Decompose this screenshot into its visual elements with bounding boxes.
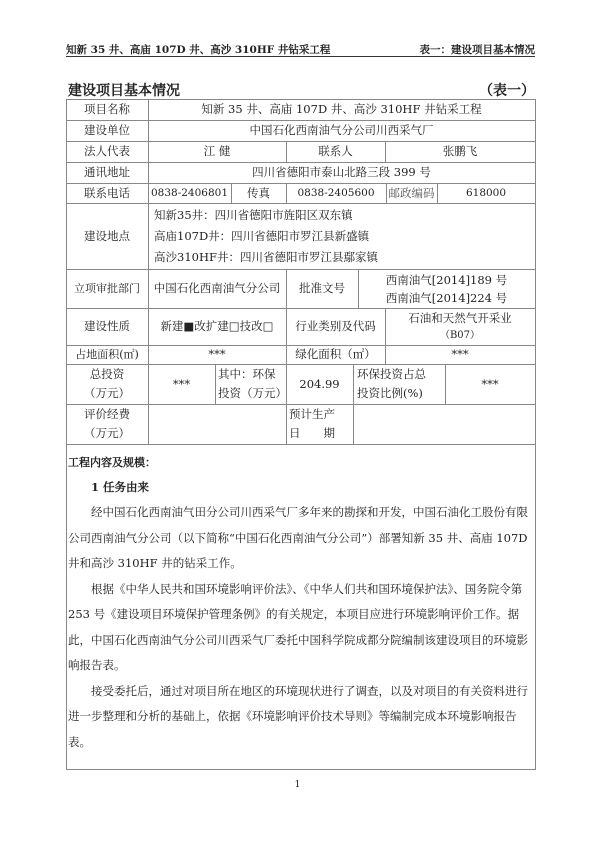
builder-label: 建设单位 [66, 120, 148, 141]
legal-rep-label: 法人代表 [66, 141, 148, 162]
prod-date-value [353, 404, 535, 444]
green-area-label: 绿化面积（㎡） [286, 345, 385, 364]
land-area-label: 占地面积(㎡) [66, 345, 148, 364]
content-section: 工程内容及规模： 1 任务由来 经中国石化西南油气田分公司川西采气厂多年来的勘探… [68, 450, 530, 755]
section-title: 建设项目基本情况 [68, 80, 180, 100]
section-tag: （表一） [479, 80, 535, 100]
content-paragraph: 根据《中华人民共和国环境影响评价法》、《中华人们共和国环境保护法》、国务院令第 … [68, 577, 530, 679]
page-number: 1 [0, 780, 595, 790]
label-line: 投资比例(%) [357, 384, 423, 403]
env-ratio-label: 环保投资占总 投资比例(%) [353, 364, 445, 404]
site-item: 高沙310HF井：四川省德阳市罗江县鄢家镇 [154, 247, 378, 268]
legal-rep-value: 江 健 [148, 141, 286, 162]
approval-no-item: 西南油气[2014]189 号 [386, 271, 507, 289]
table-border-bottom [66, 769, 536, 770]
industry-code: （B07） [440, 327, 480, 345]
total-invest-value: *** [148, 364, 215, 404]
postcode-label: 邮政编码 [386, 183, 437, 203]
header-project-title: 知新 35 井、高庙 107D 井、高沙 310HF 井钻采工程 [66, 42, 330, 57]
prod-date-label: 预计生产 日 期 [286, 404, 353, 444]
address-label: 通讯地址 [66, 162, 148, 183]
contact-label: 联系人 [286, 141, 385, 162]
page-header: 知新 35 井、高庙 107D 井、高沙 310HF 井钻采工程 表一：建设项目… [66, 40, 535, 57]
approval-dept-label: 立项审批部门 [66, 269, 148, 308]
label-line: 预计生产 [289, 405, 335, 424]
label-line: 环保投资占总 [357, 365, 426, 384]
site-list: 知新35井：四川省德阳市旌阳区双东镇 高庙107D井：四川省德阳市罗江县新盛镇 … [148, 203, 535, 269]
project-name-value: 知新 35 井、高庙 107D 井、高沙 310HF 井钻采工程 [148, 99, 535, 120]
industry-value: 石油和天然气开采业 （B07） [385, 308, 535, 345]
contact-value: 张鹏飞 [385, 141, 535, 162]
approval-no-item: 西南油气[2014]224 号 [386, 289, 507, 307]
fax-value: 0838-2405600 [286, 183, 386, 203]
label-line: 其中：环保 [218, 365, 276, 384]
env-invest-value: 204.99 [286, 364, 353, 404]
nature-value: 新建■改扩建□技改□ [148, 308, 286, 345]
industry-label: 行业类别及代码 [286, 308, 385, 345]
site-label: 建设地点 [66, 203, 148, 269]
site-item: 知新35井：四川省德阳市旌阳区双东镇 [154, 205, 353, 226]
approval-no-label: 批准文号 [286, 269, 358, 308]
approval-no-list: 西南油气[2014]189 号 西南油气[2014]224 号 [358, 269, 535, 308]
builder-value: 中国石化西南油气分公司川西采气厂 [148, 120, 535, 141]
content-paragraph: 经中国石化西南油气田分公司川西采气厂多年来的勘探和开发，中国石油化工股份有限公司… [68, 500, 530, 577]
phone-label: 联系电话 [66, 183, 148, 203]
label-line: （万元） [84, 384, 130, 403]
header-section-title: 表一：建设项目基本情况 [420, 42, 536, 57]
industry-name: 石油和天然气开采业 [408, 309, 512, 327]
nature-label: 建设性质 [66, 308, 148, 345]
total-invest-label: 总投资 （万元） [66, 364, 148, 404]
content-paragraph: 接受委托后，通过对项目所在地区的环境现状进行了调查，以及对项目的有关资料进行进一… [68, 679, 530, 756]
approval-dept-value: 中国石化西南油气分公司 [148, 269, 286, 308]
env-ratio-value: *** [445, 364, 535, 404]
content-heading: 工程内容及规模： [68, 450, 530, 475]
table-border-right [535, 99, 536, 770]
row-divider [66, 444, 536, 445]
land-area-value: *** [148, 345, 286, 364]
address-value: 四川省德阳市泰山北路三段 399 号 [148, 162, 535, 183]
eval-fee-label: 评价经费 （万元） [66, 404, 148, 444]
project-name-label: 项目名称 [66, 99, 148, 120]
env-invest-label: 其中：环保 投资（万元） [215, 364, 286, 404]
label-line: 日 期 [289, 424, 335, 443]
label-line: 评价经费 [84, 405, 130, 424]
eval-fee-value [148, 404, 286, 444]
label-line: 总投资 [90, 365, 125, 384]
label-line: （万元） [84, 424, 130, 443]
content-subheading: 1 任务由来 [68, 475, 530, 500]
label-line: 投资（万元） [218, 384, 286, 403]
phone-value: 0838-2406801 [148, 183, 231, 203]
fax-label: 传真 [231, 183, 286, 203]
green-area-value: *** [385, 345, 535, 364]
postcode-value: 618000 [437, 183, 535, 203]
site-item: 高庙107D井：四川省德阳市罗江县新盛镇 [154, 226, 369, 247]
